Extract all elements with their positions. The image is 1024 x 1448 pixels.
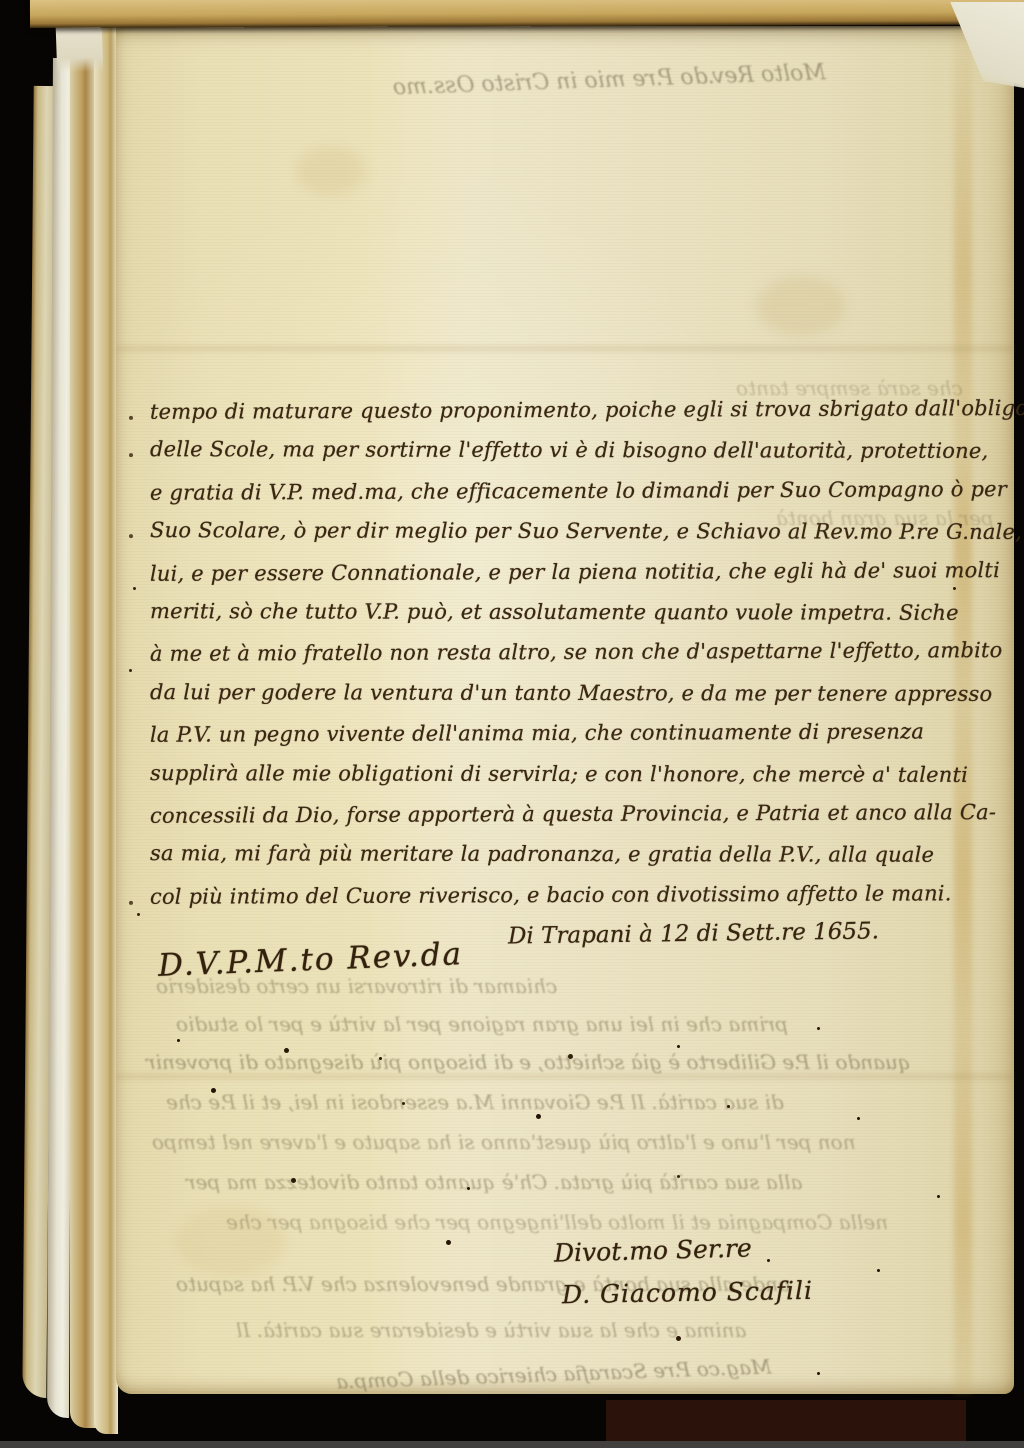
letter-line: tempo di maturare questo proponimento, p… (150, 396, 974, 440)
bleedthrough-line: alla sua carità più grata. Ch'è quanto t… (186, 1170, 803, 1194)
letter-line: supplirà alle mie obligationi di servirl… (150, 761, 974, 803)
bleedthrough-line: di sua carità. Il P.e Giovanni M.a essen… (166, 1090, 784, 1114)
signature-title: Divot.mo Ser.re (554, 1233, 752, 1267)
letter-line: e gratia di V.P. med.ma, che efficacemen… (150, 477, 974, 521)
dateline: Di Trapani à 12 di Sett.re 1655. (508, 917, 1008, 950)
page-edge-strip (70, 38, 96, 1428)
letter-line: à me et à mio fratello non resta altro, … (150, 639, 974, 683)
letter-body: tempo di maturare questo proponimento, p… (150, 398, 974, 923)
letter-line: delle Scole, ma per sortirne l'effetto v… (150, 438, 974, 480)
paper-stain (756, 276, 846, 336)
bleedthrough-line: quando il P.e Giliberto è già schietto, … (146, 1050, 911, 1074)
top-page-edge (30, 0, 1024, 28)
page-edge-strip (94, 26, 118, 1434)
bleedthrough-line: Molto Rev.do P.re mio in Cristo Oss.mo (266, 60, 827, 105)
scan-edge-bar (0, 1441, 1024, 1448)
letter-line: la P.V. un pegno vivente dell'anima mia,… (150, 719, 974, 763)
letter-line: meriti, sò che tutto V.P. può, et assolu… (150, 599, 974, 641)
bleedthrough-line: anima e che la sua virtù e desiderare su… (236, 1318, 746, 1342)
bleedthrough-line: Mag.co P.re Scarafia chierico della Comp… (336, 1354, 772, 1393)
letter-line: concessili da Dio, forse apporterà à que… (150, 800, 974, 844)
letter-line: lui, e per essere Connationale, e per la… (150, 558, 974, 602)
bleedthrough-line: prima che in lei una gran ragione per la… (176, 1012, 788, 1036)
fold-crease (116, 344, 1014, 353)
manuscript-page: Molto Rev.do P.re mio in Cristo Oss.mo c… (116, 26, 1014, 1394)
paper-stain (296, 146, 366, 196)
letter-line: sa mia, mi farà più meritare la padronan… (150, 841, 974, 883)
letter-line: da lui per godere la ventura d'un tanto … (150, 680, 974, 722)
letter-line: Suo Scolare, ò per dir meglio per Suo Se… (150, 518, 974, 560)
signature-name: D. Giacomo Scafili (562, 1276, 813, 1309)
bleedthrough-line: non per l'uno e l'altro più quest'anno s… (152, 1130, 856, 1154)
manuscript-scan: { "document": { "kind": "handwritten man… (0, 0, 1024, 1448)
bleedthrough-line: nella Compagnia et il molto dell'ingegno… (226, 1210, 888, 1234)
